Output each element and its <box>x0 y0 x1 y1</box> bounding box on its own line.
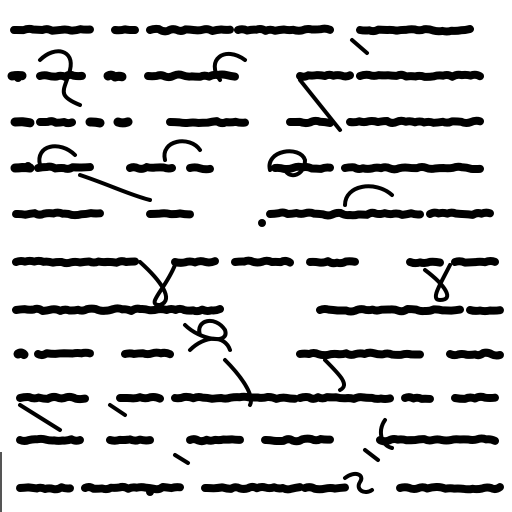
handwritten-word <box>20 487 70 489</box>
handwritten-word <box>400 487 500 489</box>
handwritten-word <box>310 261 355 263</box>
handwritten-word <box>405 397 430 399</box>
handwritten-word <box>110 439 150 440</box>
flourishes <box>20 40 450 492</box>
punctuation-dots <box>14 74 266 496</box>
handwritten-word <box>170 121 245 123</box>
handwritten-word <box>125 353 170 355</box>
handwritten-word <box>16 213 100 215</box>
dot-mark <box>24 162 32 170</box>
handwritten-word <box>20 439 80 441</box>
text-line <box>16 213 490 216</box>
handwritten-word <box>350 121 480 123</box>
handwritten-word <box>130 167 172 169</box>
handwritten-word <box>150 213 190 214</box>
handwritten-word <box>14 29 90 31</box>
manuscript-page: binarized handwritten manuscript fragmen… <box>0 0 512 512</box>
handwritten-word <box>148 74 235 77</box>
text-line <box>14 29 470 32</box>
loop-line4-mid <box>164 141 200 160</box>
dot-mark <box>14 74 22 82</box>
hook-line11 <box>345 474 372 492</box>
handwritten-word <box>455 261 495 263</box>
handwritten-word <box>470 310 500 311</box>
handwritten-word <box>360 75 480 77</box>
loop-line7-a <box>185 321 226 339</box>
handwritten-word <box>320 309 460 312</box>
handwritten-word <box>305 487 345 489</box>
handwritten-word <box>290 121 330 123</box>
handwritten-word <box>16 261 135 263</box>
handwritten-word <box>190 167 210 169</box>
handwritten-word <box>115 29 135 30</box>
text-line <box>12 74 480 77</box>
descender-line8 <box>325 360 344 390</box>
handwritten-word <box>265 439 330 442</box>
handwritten-word <box>150 29 230 31</box>
handwritten-word <box>300 397 390 399</box>
arc-line5 <box>345 186 392 205</box>
handwritten-word <box>270 213 420 216</box>
handwritten-word <box>40 75 82 77</box>
text-line <box>16 261 495 264</box>
dot-mark <box>258 219 266 227</box>
handwritten-word <box>108 75 122 77</box>
handwritten-word <box>235 261 290 263</box>
handwritten-word <box>430 213 490 215</box>
handwritten-text-image <box>0 0 512 512</box>
handwritten-word <box>190 439 240 441</box>
text-line <box>15 121 480 123</box>
handwritten-word <box>205 487 300 489</box>
handwritten-word <box>120 397 160 399</box>
dot-mark <box>17 350 25 358</box>
descender-line6-left <box>140 262 175 305</box>
text-line <box>16 308 500 311</box>
handwritten-word <box>118 122 128 123</box>
handwritten-word <box>345 167 480 170</box>
stroke-line4 <box>80 175 150 200</box>
handwritten-word <box>380 438 495 441</box>
handwritten-word <box>175 397 295 399</box>
loop-line4-left <box>39 146 75 165</box>
text-line <box>20 487 500 489</box>
handwritten-word <box>300 75 350 77</box>
handwritten-word <box>38 353 90 355</box>
scan-edge-line <box>0 452 2 512</box>
text-lines <box>12 29 500 490</box>
tick-line10-b <box>365 450 378 460</box>
handwritten-word <box>20 397 85 399</box>
handwritten-word <box>85 487 180 489</box>
handwritten-word <box>90 122 100 123</box>
handwritten-word <box>450 353 500 356</box>
text-line <box>18 353 500 356</box>
dot-mark <box>146 488 154 496</box>
text-line <box>15 167 480 170</box>
handwritten-word <box>300 353 420 355</box>
handwritten-word <box>410 262 440 263</box>
tick-line1 <box>352 40 367 53</box>
descender-line6-right <box>425 265 450 300</box>
text-line <box>20 397 495 399</box>
tick-line10-a <box>175 455 188 463</box>
handwritten-word <box>15 122 30 123</box>
loop-line8-a <box>190 339 230 350</box>
handwritten-word <box>455 397 495 399</box>
handwritten-word <box>360 29 470 31</box>
handwritten-word <box>40 121 72 123</box>
handwritten-word <box>175 261 215 263</box>
slash-line9-mid <box>110 405 125 415</box>
slash-line9-left <box>20 405 60 430</box>
text-line <box>20 438 495 441</box>
handwritten-word <box>16 308 220 311</box>
handwritten-word <box>238 29 330 31</box>
handwritten-word <box>38 167 90 169</box>
